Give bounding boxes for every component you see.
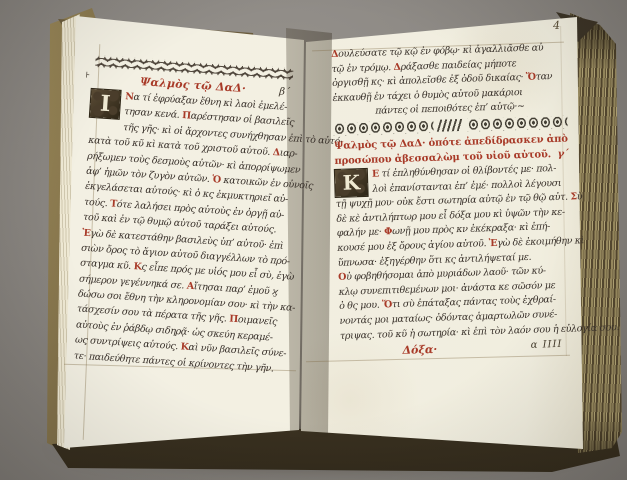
right-page-text-block: Δουλεύσατε τῷ κῷ ἐν φόβῳ· κὶ ἀγαλλιᾶσθε …	[331, 41, 575, 362]
folio-number: 4	[553, 19, 561, 32]
woodcut-initial-left: Ι	[90, 89, 121, 119]
left-psalm-body: Ι Να τί ἐφρύαξαν ἔθνη κὶ λαοὶ ἐμελέ-τησα…	[73, 87, 293, 377]
right-body-lines: Ε τί ἐπληθύνθησαν οἱ θλίβοντές με· πολ-λ…	[335, 162, 574, 344]
margin-mark: ⊦	[85, 70, 90, 79]
book-cast-shadow	[40, 415, 605, 475]
knotwork-right-segment	[467, 116, 567, 132]
psalm2-continuation-lines: Δουλεύσατε τῷ κῷ ἐν φόβῳ· κὶ ἀγαλλιᾶσθε …	[331, 41, 567, 121]
doxa-mark: Δόξα·	[402, 343, 437, 357]
photo-open-greek-psalter: { "colors":{"background_gray":"#8c8883",…	[0, 0, 627, 480]
left-body-lines: Να τί ἐφρύαξαν ἔθνη κὶ λαοὶ ἐμελέ-τησαν …	[73, 87, 293, 377]
left-page-text-block: ⊦ Ψαλμὸς τῷ ΔαΔ· β΄ Ι Να τί ἐφρύαξαν ἔθν…	[73, 54, 295, 377]
right-psalm-body: Κ Ε τί ἐπληθύνθησαν οἱ θλίβοντές με· πολ…	[335, 162, 574, 344]
quire-signature: α ΙΙΙΙ	[531, 339, 563, 351]
woodcut-initial-right: Κ	[335, 169, 368, 197]
knotwork-left-segment	[333, 120, 433, 136]
knotwork-middle-motif	[437, 119, 465, 132]
left-psalm-number: β΄	[279, 84, 291, 101]
